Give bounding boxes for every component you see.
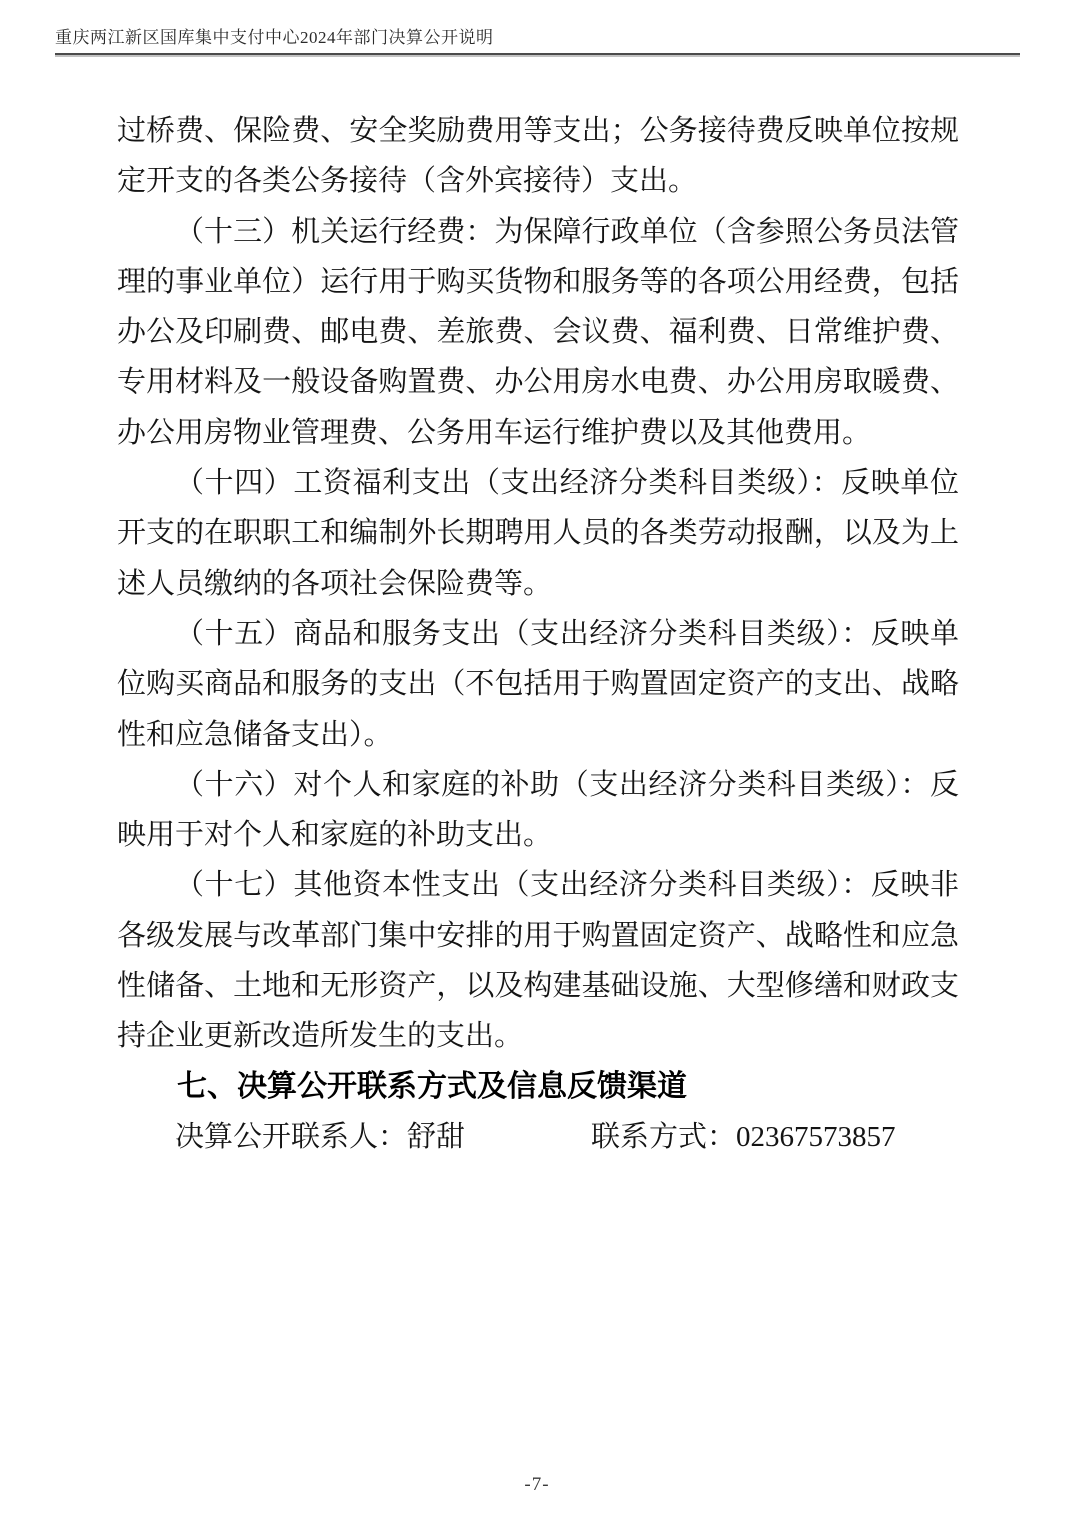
header-rule-light-line — [55, 55, 1020, 57]
header-rule — [55, 53, 1020, 57]
document-body: 过桥费、保险费、安全奖励费用等支出；公务接待费反映单位按规定开支的各类公务接待（… — [117, 106, 959, 1162]
paragraph-item-17-other-capital-expenditure: （十七）其他资本性支出（支出经济分类科目类级）：反映非各级发展与改革部门集中安排… — [117, 860, 959, 1061]
section-heading-contact-channels: 七、决算公开联系方式及信息反馈渠道 — [117, 1062, 959, 1112]
contact-person-label: 决算公开联系人： — [175, 1121, 407, 1153]
page-number: -7- — [524, 1474, 549, 1495]
page-footer: -7- — [0, 1474, 1074, 1496]
contact-person-name: 舒甜 — [407, 1121, 465, 1153]
contact-phone-number: 02367573857 — [736, 1121, 896, 1153]
paragraph-item-14-wages-welfare: （十四）工资福利支出（支出经济分类科目类级）：反映单位开支的在职职工和编制外长期… — [117, 458, 959, 609]
running-header: 重庆两江新区国库集中支付中心2024年部门决算公开说明 — [55, 28, 1020, 57]
paragraph-item-16-individual-family-subsidy: （十六）对个人和家庭的补助（支出经济分类科目类级）：反映用于对个人和家庭的补助支… — [117, 760, 959, 861]
paragraph-expense-continuation: 过桥费、保险费、安全奖励费用等支出；公务接待费反映单位按规定开支的各类公务接待（… — [117, 106, 959, 207]
paragraph-item-15-goods-services: （十五）商品和服务支出（支出经济分类科目类级）：反映单位购买商品和服务的支出（不… — [117, 609, 959, 760]
header-title: 重庆两江新区国库集中支付中心2024年部门决算公开说明 — [55, 28, 1020, 48]
paragraph-item-13-operating-funds: （十三）机关运行经费：为保障行政单位（含参照公务员法管理的事业单位）运行用于购买… — [117, 207, 959, 458]
document-page: 重庆两江新区国库集中支付中心2024年部门决算公开说明 过桥费、保险费、安全奖励… — [0, 0, 1074, 1520]
contact-line: 决算公开联系人：舒甜联系方式：02367573857 — [117, 1112, 959, 1162]
contact-phone-label: 联系方式： — [591, 1121, 736, 1153]
